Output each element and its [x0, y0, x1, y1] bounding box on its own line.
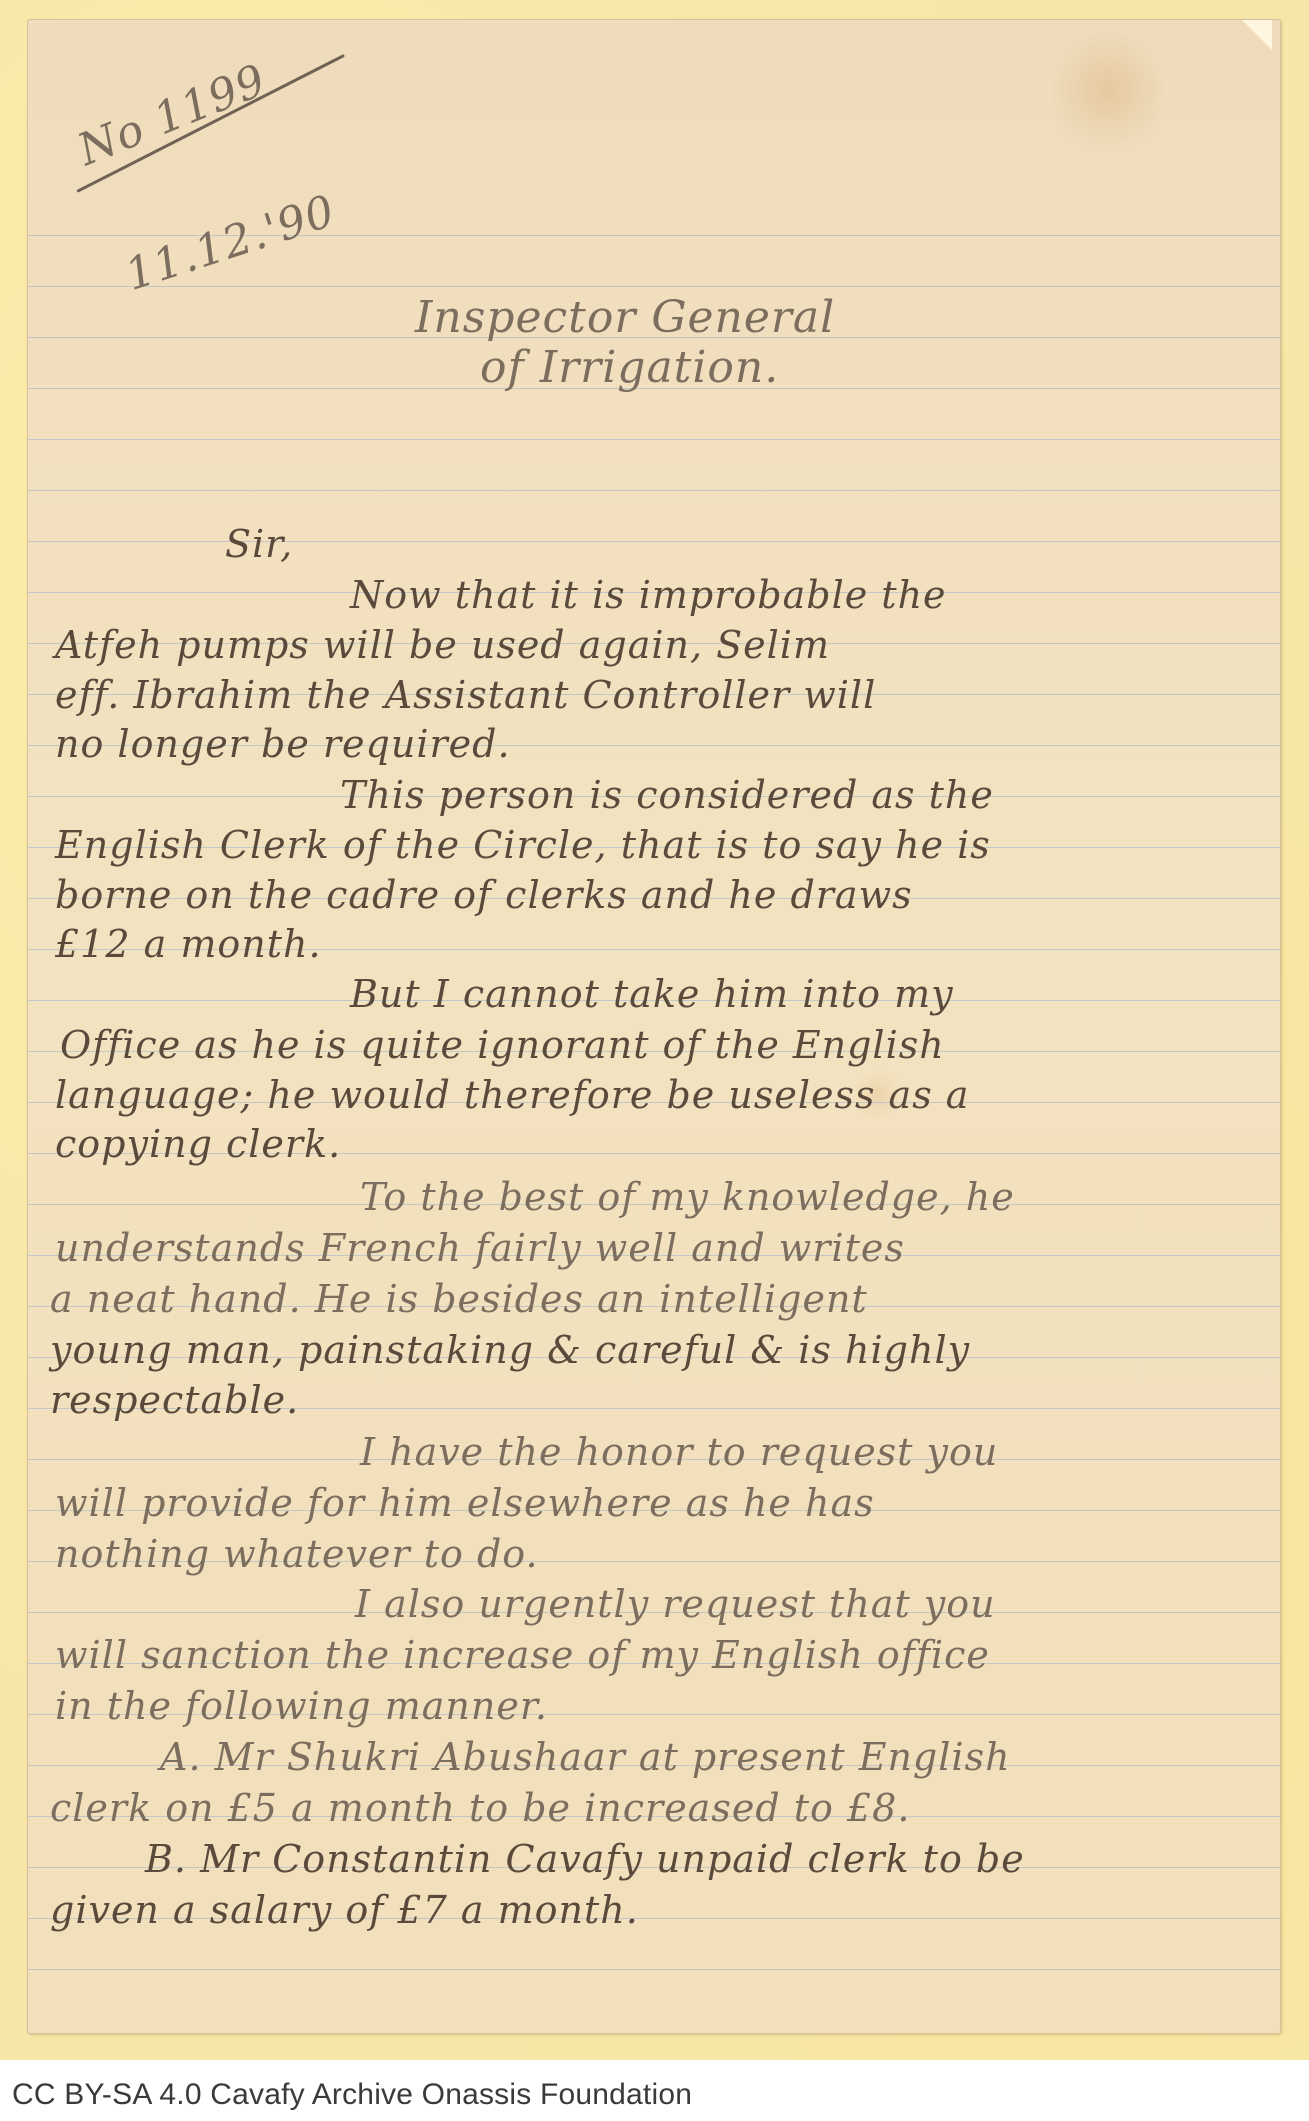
- ruled-line: [28, 439, 1280, 440]
- body-line: To the best of my knowledge, he: [360, 1175, 1015, 1219]
- body-line: £12 a month.: [55, 922, 322, 966]
- ruled-line: [28, 541, 1280, 542]
- body-line: Atfeh pumps will be used again, Selim: [55, 623, 830, 667]
- body-line: B. Mr Constantin Cavafy unpaid clerk to …: [145, 1837, 1025, 1881]
- body-line: nothing whatever to do.: [55, 1532, 539, 1576]
- body-line: But I cannot take him into my: [350, 972, 954, 1016]
- body-line: Now that it is improbable the: [350, 573, 947, 617]
- body-line: A. Mr Shukri Abushaar at present English: [160, 1735, 1011, 1779]
- body-line: will provide for him elsewhere as he has: [55, 1481, 875, 1525]
- body-line: in the following manner.: [55, 1684, 548, 1728]
- body-line: a neat hand. He is besides an intelligen…: [50, 1277, 868, 1321]
- body-line: eff. Ibrahim the Assistant Controller wi…: [55, 673, 876, 717]
- body-line: borne on the cadre of clerks and he draw…: [55, 873, 913, 917]
- salutation: Sir,: [225, 522, 293, 566]
- body-line: copying clerk.: [55, 1122, 341, 1166]
- body-line: language; he would therefore be useless …: [55, 1073, 969, 1117]
- addressee-line-1: Inspector General: [415, 292, 835, 343]
- body-line: This person is considered as the: [340, 773, 994, 817]
- body-line: no longer be required.: [55, 722, 511, 766]
- ruled-line: [28, 490, 1280, 491]
- addressee-line-2: of Irrigation.: [480, 342, 779, 393]
- body-line: clerk on £5 a month to be increased to £…: [50, 1786, 910, 1830]
- body-line: young man, painstaking & careful & is hi…: [50, 1328, 970, 1372]
- folded-corner: [1242, 20, 1272, 50]
- body-line: I also urgently request that you: [355, 1582, 996, 1626]
- body-line: given a salary of £7 a month.: [50, 1888, 639, 1932]
- body-line: respectable.: [50, 1378, 299, 1422]
- body-line: understands French fairly well and write…: [55, 1226, 905, 1270]
- ruled-line: [28, 1969, 1280, 1970]
- body-line: I have the honor to request you: [360, 1430, 998, 1474]
- ruled-line: [28, 286, 1280, 287]
- body-line: English Clerk of the Circle, that is to …: [55, 823, 991, 867]
- license-caption: CC BY-SA 4.0 Cavafy Archive Onassis Foun…: [12, 2078, 692, 2112]
- body-line: Office as he is quite ignorant of the En…: [60, 1023, 945, 1067]
- body-line: will sanction the increase of my English…: [55, 1633, 990, 1677]
